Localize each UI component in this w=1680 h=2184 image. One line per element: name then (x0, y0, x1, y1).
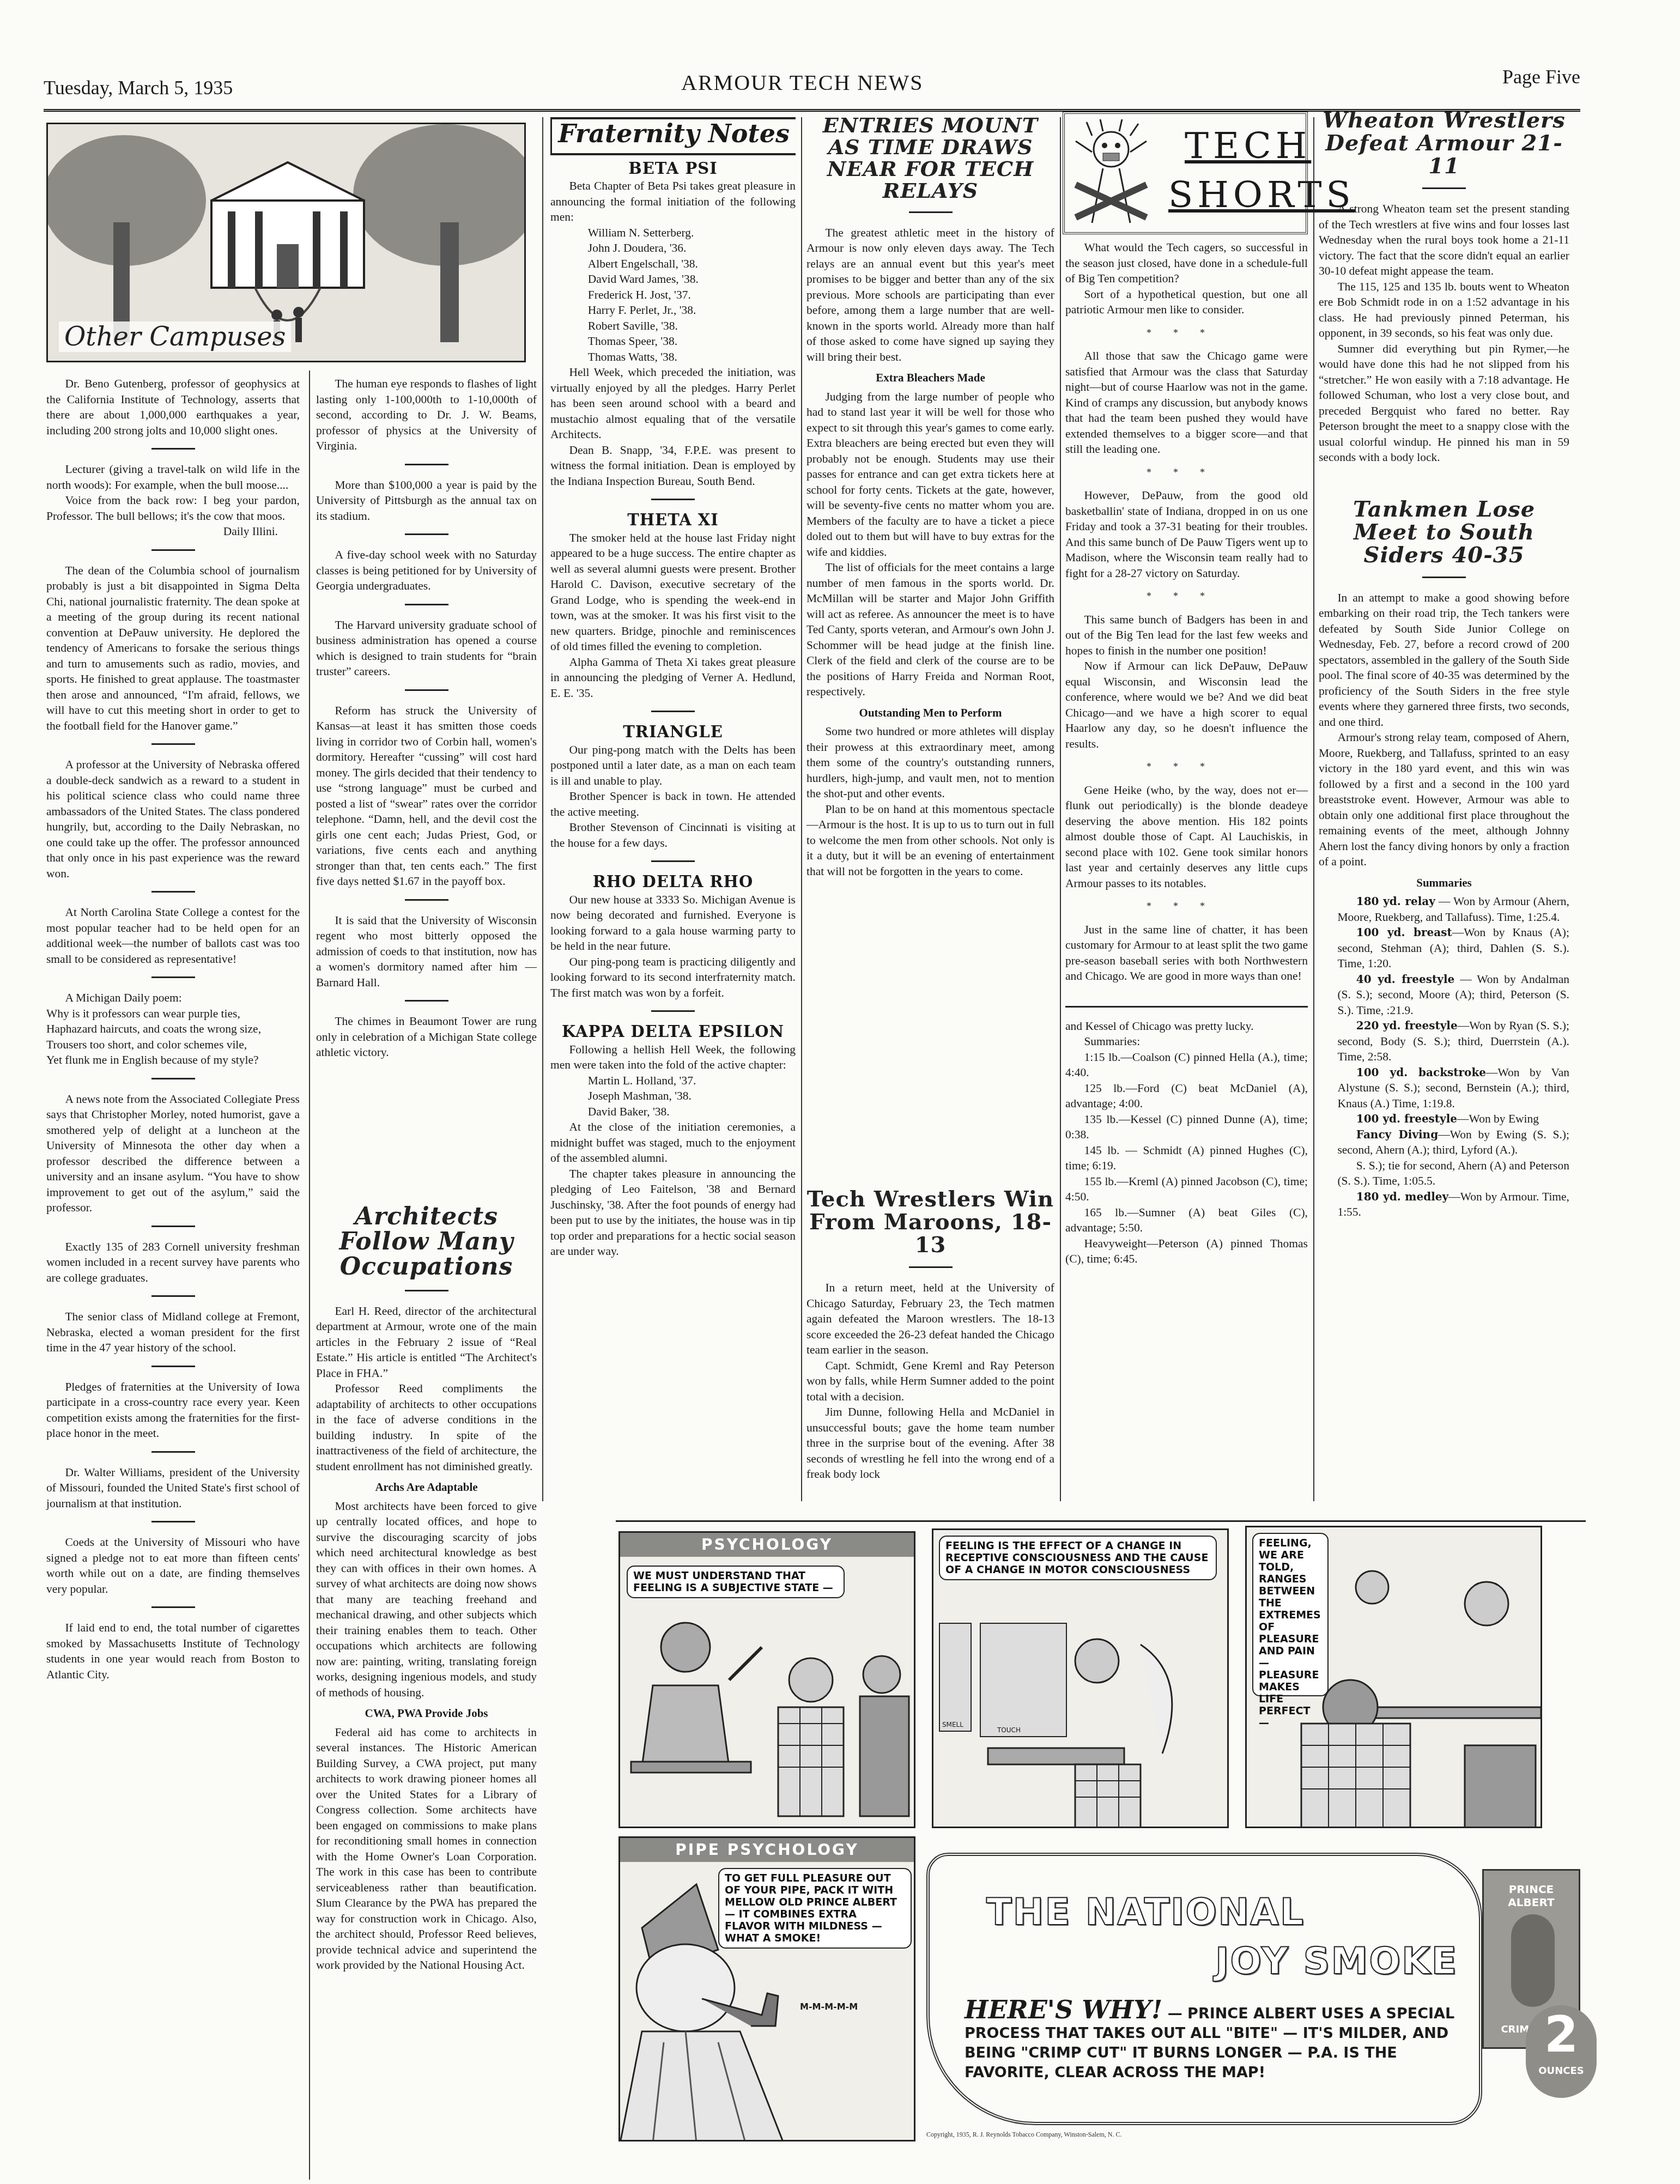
initiate-name: Albert Engelschall, '38. (550, 256, 796, 272)
sports-column-right: Wheaton Wrestlers Defeat Armour 21-11 A … (1319, 109, 1569, 1220)
news-item: A five-day school week with no Saturday … (316, 547, 537, 594)
article-continuation: and Kessel of Chicago was pretty lucky. (1065, 1018, 1308, 1034)
news-item: If laid end to end, the total number of … (46, 1620, 300, 1682)
summary-line: S. S.); tie for second, Ahern (A) and Pe… (1319, 1158, 1569, 1189)
summary-line: 155 lb.—Kreml (A) pinned Jacobson (C), t… (1065, 1174, 1308, 1205)
ounce-unit: OUNCES (1538, 2065, 1584, 2077)
separator (405, 604, 448, 605)
column-divider (1060, 117, 1061, 1501)
section-rule (1065, 1006, 1308, 1008)
article-paragraph: Capt. Schmidt, Gene Kreml and Ray Peters… (806, 1358, 1054, 1405)
column-paragraph: Gene Heike (who, by the way, does not er… (1065, 782, 1308, 891)
separator (151, 448, 195, 450)
other-campuses-label: Other Campuses (59, 321, 291, 352)
newspaper-title: ARMOUR TECH NEWS (681, 70, 924, 95)
article-paragraph: The 115, 125 and 135 lb. bouts went to W… (1319, 279, 1569, 341)
separator (151, 1451, 195, 1453)
event-name: 180 yd. medley (1356, 1190, 1448, 1203)
poem-line: Yet flunk me in English because of my st… (46, 1052, 300, 1068)
separator (151, 549, 195, 551)
asterism: *** (1065, 465, 1308, 481)
asterism: *** (1065, 899, 1308, 914)
comic-panel-2: Feeling is the effect of a change in rec… (932, 1528, 1229, 1828)
news-item: It is said that the University of Wiscon… (316, 913, 537, 991)
news-item: Lecturer (giving a travel-talk on wild l… (46, 462, 300, 493)
column-paragraph: However, DePauw, from the good old baske… (1065, 488, 1308, 581)
summary-line: 180 yd. relay — Won by Armour (Ahern, Mo… (1319, 894, 1569, 925)
summary-line: 165 lb.—Sumner (A) beat Giles (C), advan… (1065, 1205, 1308, 1236)
fraternity-name: THETA XI (550, 512, 796, 528)
summary-line: 180 yd. medley—Won by Armour. Time, 1:55… (1319, 1189, 1569, 1220)
fraternity-paragraph: Our ping-pong team is practicing diligen… (550, 954, 796, 1001)
fraternity-paragraph: The chapter takes pleasure in announcing… (550, 1166, 796, 1259)
pipe-smoker-icon (620, 1863, 915, 2141)
classroom-scene-icon (620, 1615, 915, 1828)
page-number: Page Five (1502, 65, 1580, 88)
separator (151, 1366, 195, 1367)
comic-panel-title: PSYCHOLOGY (620, 1533, 914, 1557)
speech-bubble: Feeling is the effect of a change in rec… (939, 1536, 1217, 1580)
news-item: The chimes in Beaumont Tower are rung on… (316, 1014, 537, 1060)
ad-headline-2: JOY SMOKE (1215, 1940, 1458, 1983)
separator (151, 1521, 195, 1522)
event-result: S. S.); tie for second, Ahern (A) and Pe… (1337, 1159, 1569, 1188)
fraternity-paragraph: Our new house at 3333 So. Michigan Avenu… (550, 892, 796, 954)
column-paragraph: Now if Armour can lick DePauw, DePauw eq… (1065, 658, 1308, 751)
news-item: A news note from the Associated Collegia… (46, 1091, 300, 1216)
tech-shorts-word-1: TECH (1185, 125, 1311, 167)
article-subhead: Extra Bleachers Made (806, 370, 1054, 386)
maroons-headline: Tech Wrestlers Win From Maroons, 18-13 (806, 1188, 1054, 1257)
summary-line: 100 yd. backstroke—Won by Van Alystune (… (1319, 1065, 1569, 1112)
other-campuses-column-1: Dr. Beno Gutenberg, professor of geophys… (46, 376, 300, 1682)
separator (651, 860, 695, 862)
speech-bubble: We must understand that feeling is a sub… (627, 1566, 845, 1598)
fraternity-paragraph: At the close of the initiation ceremonie… (550, 1119, 796, 1166)
separator (909, 211, 953, 213)
relays-article: ENTRIES MOUNT AS TIME DRAWS NEAR FOR TEC… (806, 114, 1054, 879)
poem-intro: A Michigan Daily poem: (46, 990, 300, 1006)
summary-line: 100 yd. freestyle—Won by Ewing (1319, 1111, 1569, 1127)
fraternity-paragraph: The smoker held at the house last Friday… (550, 530, 796, 654)
source-credit: Daily Illini. (46, 524, 300, 539)
tech-shorts-column: What would the Tech cagers, so successfu… (1065, 240, 1308, 1267)
article-paragraph: Most architects have been forced to give… (316, 1499, 537, 1701)
news-item: The senior class of Midland college at F… (46, 1309, 300, 1356)
fraternity-paragraph: Brother Stevenson of Cincinnati is visit… (550, 820, 796, 851)
issue-date: Tuesday, March 5, 1935 (44, 76, 233, 99)
event-name: 100 yd. freestyle (1356, 1112, 1457, 1125)
summary-line: 145 lb. — Schmidt (A) pinned Hughes (C),… (1065, 1143, 1308, 1174)
poem-line: Trousers too short, and color schemes vi… (46, 1037, 300, 1053)
article-paragraph: Federal aid has come to architects in se… (316, 1725, 537, 1973)
ad-body-copy: Here's why! — Prince Albert uses a speci… (965, 2000, 1455, 2083)
ad-top-rule (616, 1520, 1586, 1522)
fraternity-paragraph: Dean B. Snapp, '34, F.P.E. was present t… (550, 442, 796, 489)
separator (1422, 187, 1466, 189)
summary-line: 1:15 lb.—Coalson (C) pinned Hella (A.), … (1065, 1049, 1308, 1081)
news-item: At North Carolina State College a contes… (46, 905, 300, 967)
cheerleader-cartoon-icon (1070, 119, 1152, 226)
fraternity-paragraph: Beta Chapter of Beta Psi takes great ple… (550, 178, 796, 225)
news-item: Exactly 135 of 283 Cornell university fr… (46, 1239, 300, 1286)
event-name: 100 yd. breast (1356, 926, 1452, 939)
comic-panel-1: PSYCHOLOGY We must understand that feeli… (618, 1531, 915, 1828)
fraternity-notes-banner: Fraternity Notes (550, 117, 796, 155)
fraternity-paragraph: Hell Week, which preceded the initiation… (550, 365, 796, 442)
separator (651, 711, 695, 712)
summaries-label: Summaries: (1065, 1034, 1308, 1049)
separator (405, 1000, 448, 1002)
news-item: Dr. Walter Williams, president of the Un… (46, 1465, 300, 1512)
column-divider (542, 117, 543, 1501)
asterism: *** (1065, 759, 1308, 775)
maroons-article: Tech Wrestlers Win From Maroons, 18-13 I… (806, 1188, 1054, 1482)
news-item: Voice from the back row: I beg your pard… (46, 493, 300, 524)
event-result: —Won by Ewing (1457, 1112, 1539, 1125)
ad-headline-1: THE NATIONAL (986, 1891, 1305, 1934)
tin-label: PRINCE ALBERT (1484, 1883, 1579, 1909)
summary-line: 40 yd. freestyle — Won by Andalman (S. S… (1319, 972, 1569, 1018)
ounce-count: 2 (1526, 2005, 1597, 2065)
fraternity-notes-title: Fraternity Notes (558, 119, 790, 148)
tech-shorts-banner: TECH SHORTS (1063, 112, 1308, 234)
comic-panel-title: PIPE PSYCHOLOGY (620, 1838, 914, 1862)
fraternity-paragraph: Brother Spencer is back in town. He atte… (550, 788, 796, 820)
news-item: Coeds at the University of Missouri who … (46, 1534, 300, 1597)
separator (405, 899, 448, 901)
poem-line: Haphazard haircuts, and coats the wrong … (46, 1021, 300, 1037)
article-paragraph: Armour's strong relay team, composed of … (1319, 730, 1569, 870)
initiate-name: Thomas Watts, '38. (550, 349, 796, 365)
comic-panel-3: Feeling, we are told, ranges between the… (1245, 1526, 1542, 1828)
fraternity-name: TRIANGLE (550, 724, 796, 740)
separator (651, 499, 695, 500)
news-item: Dr. Beno Gutenberg, professor of geophys… (46, 376, 300, 438)
column-paragraph: What would the Tech cagers, so successfu… (1065, 240, 1308, 287)
asterism: *** (1065, 589, 1308, 604)
fraternity-paragraph: Alpha Gamma of Theta Xi takes great plea… (550, 654, 796, 701)
prince-albert-ad: THE NATIONAL JOY SMOKE Here's why! — Pri… (926, 1836, 1597, 2141)
initiate-name: David Ward James, '38. (550, 271, 796, 287)
event-name: 40 yd. freestyle (1356, 973, 1454, 986)
column-divider (1313, 117, 1314, 1501)
separator (151, 1295, 195, 1297)
initiate-name: William N. Setterberg. (550, 225, 796, 241)
column-paragraph: Sort of a hypothetical question, but one… (1065, 287, 1308, 318)
fraternity-name: KAPPA DELTA EPSILON (550, 1024, 796, 1040)
student-scene-icon (1247, 1527, 1542, 1828)
relays-headline: ENTRIES MOUNT AS TIME DRAWS NEAR FOR TEC… (806, 114, 1054, 202)
news-item: A professor at the University of Nebrask… (46, 757, 300, 881)
summary-line: Fancy Diving—Won by Ewing (S. S.); secon… (1319, 1127, 1569, 1158)
article-paragraph: Professor Reed compliments the adaptabil… (316, 1381, 537, 1474)
column-divider (309, 371, 310, 2180)
wheaton-headline: Wheaton Wrestlers Defeat Armour 21-11 (1319, 109, 1569, 178)
separator (151, 891, 195, 893)
architects-article: Architects Follow Many Occupations Earl … (316, 1204, 537, 1973)
fraternity-name: RHO DELTA RHO (550, 874, 796, 890)
column-divider (801, 117, 802, 1501)
other-campuses-column-2: The human eye responds to flashes of lig… (316, 376, 537, 1060)
summaries-label: Summaries (1319, 875, 1569, 891)
article-paragraph: In an attempt to make a good showing bef… (1319, 590, 1569, 730)
news-item: The human eye responds to flashes of lig… (316, 376, 537, 454)
news-item: The Harvard university graduate school o… (316, 617, 537, 680)
initiate-name: Martin L. Holland, '37. (550, 1073, 796, 1089)
separator (151, 1606, 195, 1608)
separator (405, 533, 448, 535)
initiate-name: Robert Saville, '38. (550, 318, 796, 334)
prince-albert-figure-icon (1511, 1914, 1555, 2007)
separator (151, 743, 195, 745)
summary-line: Heavyweight—Peterson (A) pinned Thomas (… (1065, 1236, 1308, 1267)
article-paragraph: The list of officials for the meet conta… (806, 560, 1054, 700)
initiate-name: Frederick H. Jost, '37. (550, 287, 796, 303)
separator (151, 1226, 195, 1227)
news-item: Pledges of fraternities at the Universit… (46, 1379, 300, 1441)
article-paragraph: Jim Dunne, following Hella and McDaniel … (806, 1404, 1054, 1482)
event-name: 180 yd. relay (1356, 895, 1435, 908)
fraternity-name: BETA PSI (550, 161, 796, 177)
news-item: More than $100,000 a year is paid by the… (316, 477, 537, 524)
other-campuses-illustration: Other Campuses (46, 123, 526, 362)
event-name: 100 yd. backstroke (1356, 1066, 1486, 1079)
summary-line: 100 yd. breast—Won by Knaus (A); second,… (1319, 925, 1569, 972)
column-paragraph: This same bunch of Badgers has been in a… (1065, 612, 1308, 659)
article-paragraph: A strong Wheaton team set the present st… (1319, 201, 1569, 279)
summary-line: 125 lb.—Ford (C) beat McDaniel (A), adva… (1065, 1081, 1308, 1112)
initiate-name: John J. Doudera, '36. (550, 240, 796, 256)
separator (151, 1078, 195, 1079)
article-paragraph: Sumner did everything but pin Rymer,—he … (1319, 341, 1569, 465)
separator (909, 1266, 953, 1268)
two-ounces-badge: 2 OUNCES (1526, 2005, 1597, 2098)
news-item: Reform has struck the University of Kans… (316, 703, 537, 889)
article-subhead: CWA, PWA Provide Jobs (316, 1706, 537, 1721)
summary-line: 220 yd. freestyle—Won by Ryan (S. S.); s… (1319, 1018, 1569, 1065)
event-name: 220 yd. freestyle (1356, 1019, 1458, 1032)
separator (1422, 577, 1466, 578)
initiate-name: Thomas Speer, '38. (550, 333, 796, 349)
initiate-name: Joseph Mashman, '38. (550, 1088, 796, 1104)
article-subhead: Archs Are Adaptable (316, 1479, 537, 1495)
initiate-name: Harry F. Perlet, Jr., '38. (550, 302, 796, 318)
article-paragraph: In a return meet, held at the University… (806, 1280, 1054, 1358)
asterism: *** (1065, 325, 1308, 341)
news-item: The dean of the Columbia school of journ… (46, 563, 300, 734)
initiate-name: David Baker, '38. (550, 1104, 796, 1120)
ad-script-heres-why: Here's why! (965, 1995, 1162, 2024)
separator (651, 1010, 695, 1012)
fraternity-notes: Fraternity Notes BETA PSI Beta Chapter o… (550, 117, 796, 1259)
article-paragraph: Judging from the large number of people … (806, 389, 1054, 560)
article-paragraph: The greatest athletic meet in the histor… (806, 225, 1054, 365)
article-paragraph: Earl H. Reed, director of the architectu… (316, 1303, 537, 1381)
article-paragraph: Plan to be on hand at this momentous spe… (806, 802, 1054, 879)
architects-headline: Architects Follow Many Occupations (316, 1204, 537, 1280)
separator (151, 976, 195, 978)
ad-copyright: Copyright, 1935, R. J. Reynolds Tobacco … (926, 2131, 1121, 2139)
fraternity-paragraph: Following a hellish Hell Week, the follo… (550, 1042, 796, 1073)
summary-line: 135 lb.—Kessel (C) pinned Dunne (A), tim… (1065, 1112, 1308, 1143)
column-paragraph: Just in the same line of chatter, it has… (1065, 922, 1308, 984)
fraternity-paragraph: Our ping-pong match with the Delts has b… (550, 742, 796, 789)
event-name: Fancy Diving (1356, 1128, 1438, 1141)
separator (405, 464, 448, 465)
separator (405, 1290, 448, 1291)
tankmen-headline: Tankmen Lose Meet to South Siders 40-35 (1319, 498, 1569, 567)
column-paragraph: All those that saw the Chicago game were… (1065, 348, 1308, 457)
poem-line: Why is it professors can wear purple tie… (46, 1006, 300, 1022)
comic-panel-pipe: PIPE PSYCHOLOGY To get full pleasure out… (618, 1836, 915, 2141)
lecturer-scene-icon (933, 1612, 1229, 1828)
article-paragraph: Some two hundred or more athletes will d… (806, 724, 1054, 802)
article-subhead: Outstanding Men to Perform (806, 705, 1054, 721)
separator (405, 689, 448, 691)
